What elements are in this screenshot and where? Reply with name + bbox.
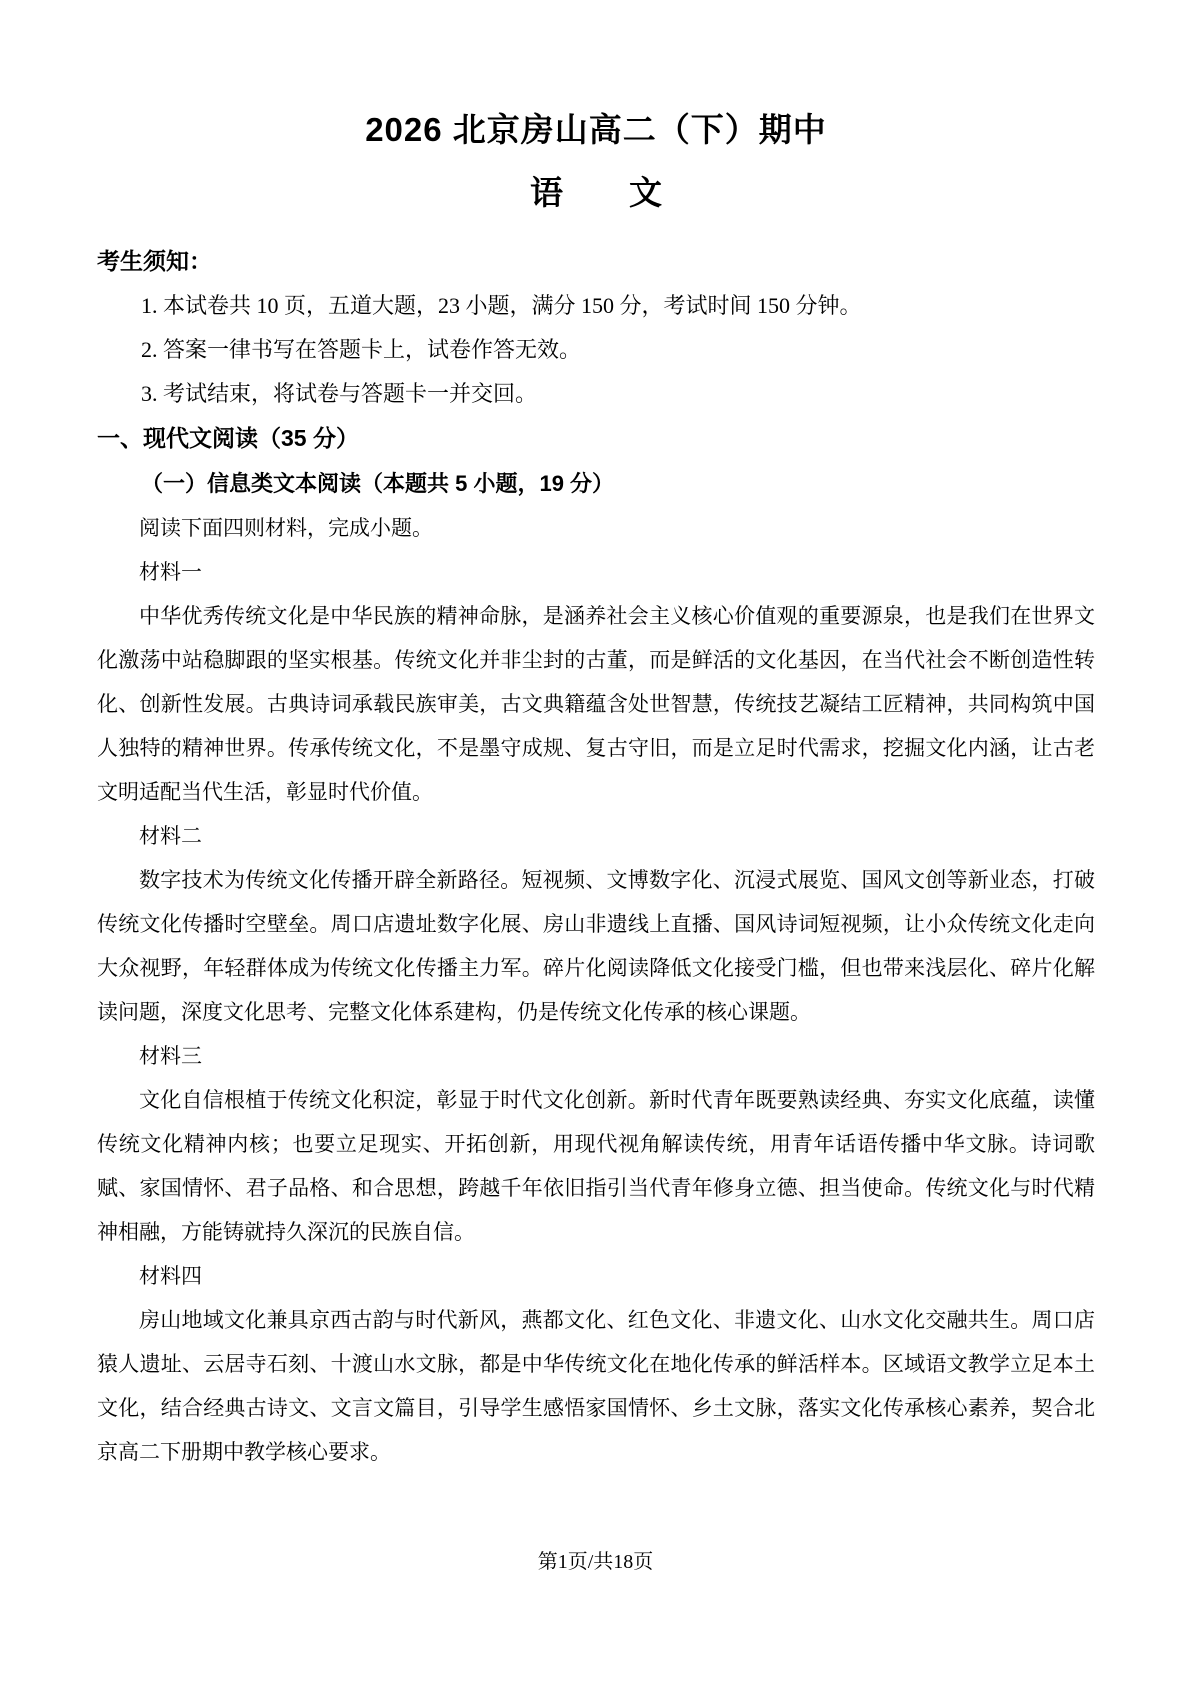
material-text: 房山地域文化兼具京西古韵与时代新风，燕都文化、红色文化、非遗文化、山水文化交融共… (97, 1298, 1095, 1474)
reading-instruction: 阅读下面四则材料，完成小题。 (97, 506, 1095, 550)
notice-item-2: 2. 答案一律书写在答题卡上，试卷作答无效。 (97, 328, 1095, 372)
material-label: 材料三 (97, 1034, 1095, 1078)
material-text: 中华优秀传统文化是中华民族的精神命脉，是涵养社会主义核心价值观的重要源泉，也是我… (97, 594, 1095, 814)
candidate-notice: 考生须知： 1. 本试卷共 10 页，五道大题，23 小题，满分 150 分，考… (97, 240, 1095, 416)
notice-item-3: 3. 考试结束，将试卷与答题卡一并交回。 (97, 372, 1095, 416)
material-block-1: 材料一 中华优秀传统文化是中华民族的精神命脉，是涵养社会主义核心价值观的重要源泉… (97, 550, 1095, 814)
material-text: 数字技术为传统文化传播开辟全新路径。短视频、文博数字化、沉浸式展览、国风文创等新… (97, 858, 1095, 1034)
page-number-footer: 第1页/共18页 (0, 1548, 1191, 1576)
exam-subject: 语 文 (97, 170, 1095, 216)
material-label: 材料一 (97, 550, 1095, 594)
material-label: 材料二 (97, 814, 1095, 858)
notice-item-1: 1. 本试卷共 10 页，五道大题，23 小题，满分 150 分，考试时间 15… (97, 284, 1095, 328)
section-heading: 一、现代文阅读（35 分） (97, 416, 1095, 461)
material-label: 材料四 (97, 1254, 1095, 1298)
exam-paper-page: 2026 北京房山高二（下）期中 语 文 考生须知： 1. 本试卷共 10 页，… (0, 0, 1191, 1684)
material-block-3: 材料三 文化自信根植于传统文化积淀，彰显于时代文化创新。新时代青年既要熟读经典、… (97, 1034, 1095, 1254)
section-modern-reading: 一、现代文阅读（35 分） （一）信息类文本阅读（本题共 5 小题，19 分） … (97, 416, 1095, 1474)
section-part-heading: （一）信息类文本阅读（本题共 5 小题，19 分） (97, 461, 1095, 506)
material-text: 文化自信根植于传统文化积淀，彰显于时代文化创新。新时代青年既要熟读经典、夯实文化… (97, 1078, 1095, 1254)
exam-title: 2026 北京房山高二（下）期中 (97, 0, 1095, 154)
material-block-4: 材料四 房山地域文化兼具京西古韵与时代新风，燕都文化、红色文化、非遗文化、山水文… (97, 1254, 1095, 1474)
notice-heading: 考生须知： (97, 240, 1095, 284)
page-content: 2026 北京房山高二（下）期中 语 文 考生须知： 1. 本试卷共 10 页，… (0, 0, 1191, 1474)
material-block-2: 材料二 数字技术为传统文化传播开辟全新路径。短视频、文博数字化、沉浸式展览、国风… (97, 814, 1095, 1034)
